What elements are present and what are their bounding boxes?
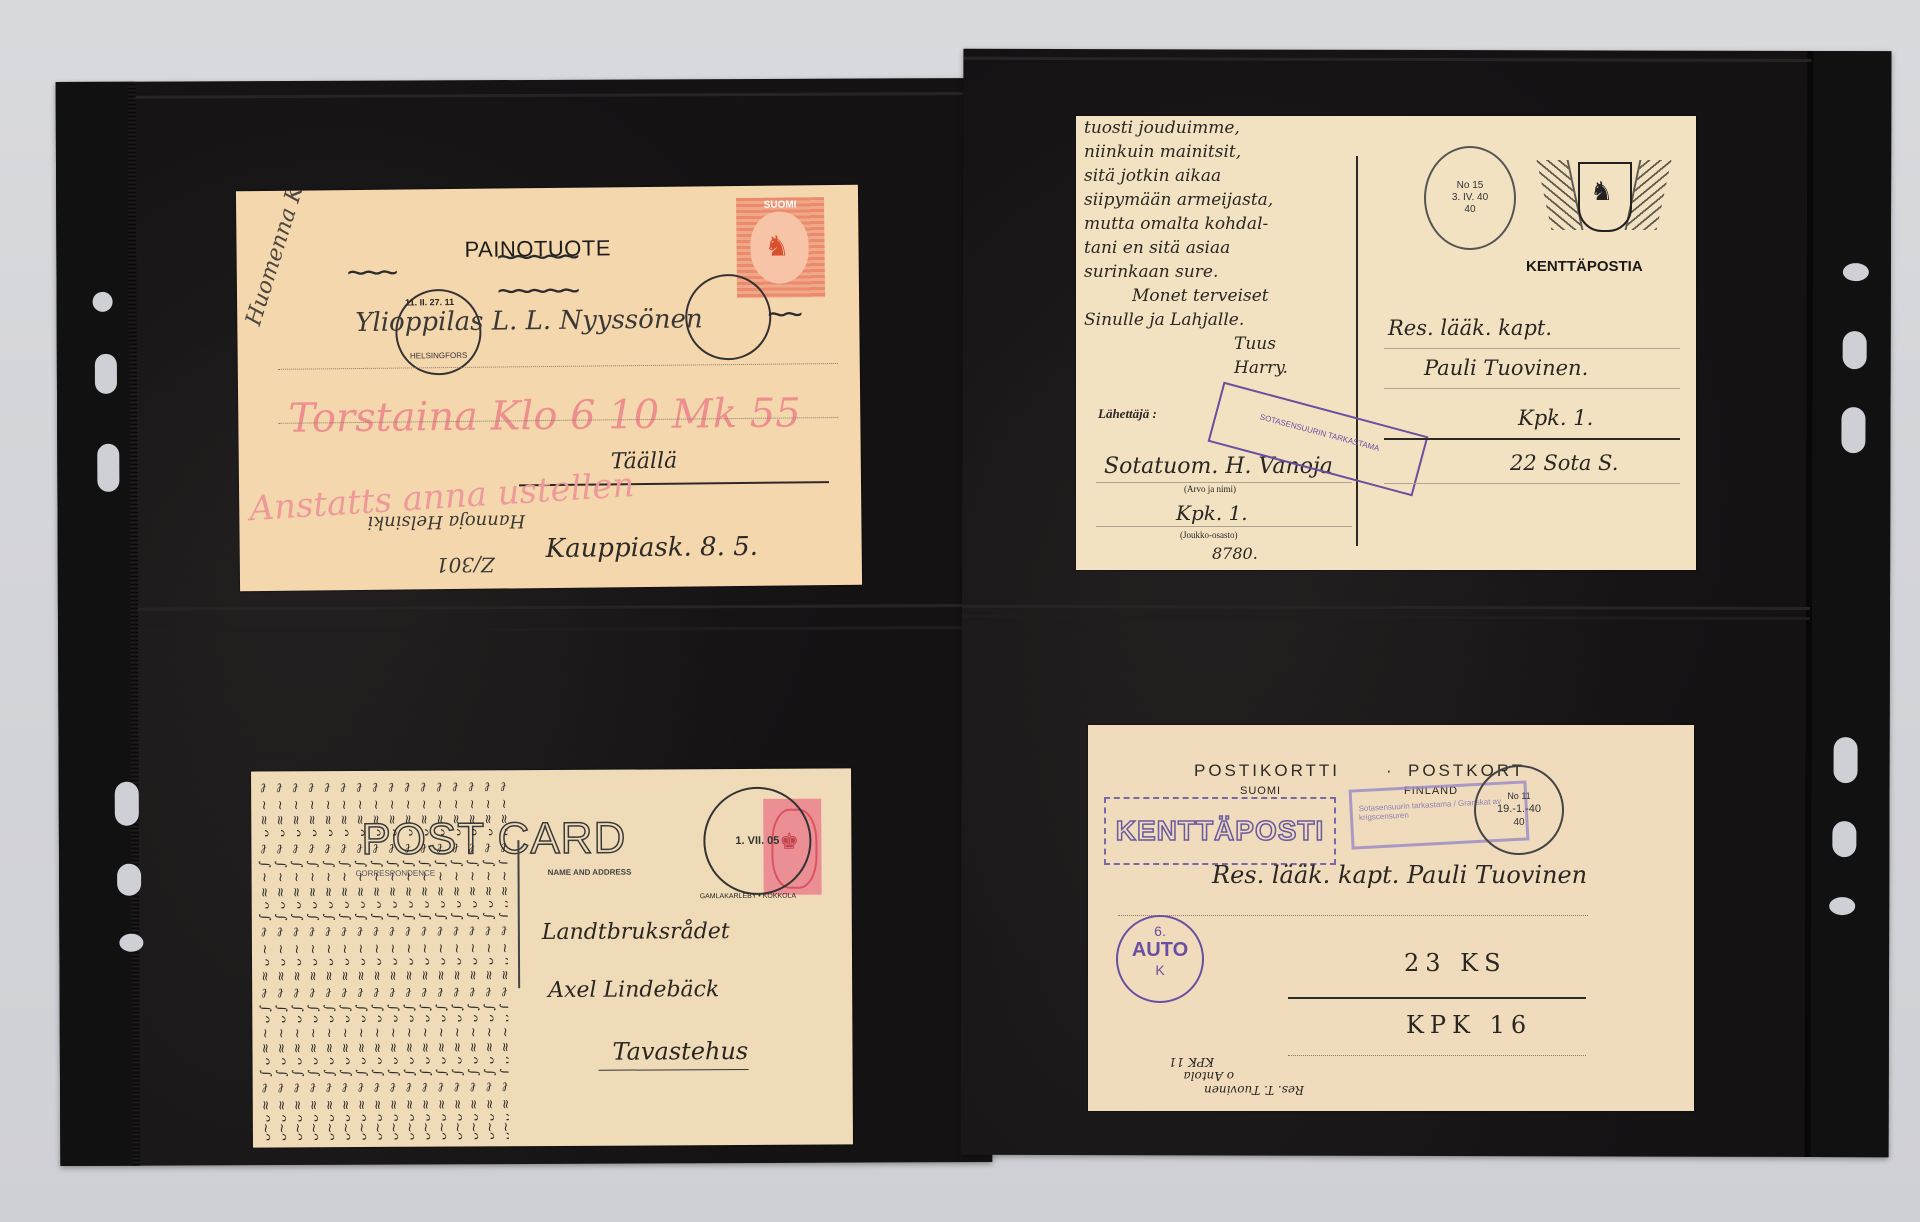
message-line: tuosti jouduimme, bbox=[1084, 118, 1240, 138]
correspondence-line: ᴗ~ᴗ ≈ ℓ ∫ ᴗ ≈ ~ ᴗ ∫ ℓ ≈ ᴗ ~ ℓ ∫ ᴗ ≈ ~ ∫ … bbox=[369, 781, 385, 1141]
separator: · bbox=[1386, 761, 1392, 781]
correspondence-line: ᴗ~ᴗ ≈ ℓ ∫ ᴗ ≈ ~ ᴗ ∫ ℓ ≈ ᴗ ~ ℓ ∫ ᴗ ≈ ~ ∫ … bbox=[321, 781, 337, 1141]
correspondence-line: ᴗ~ᴗ ≈ ℓ ∫ ᴗ ≈ ~ ᴗ ∫ ℓ ≈ ᴗ ~ ℓ ∫ ᴗ ≈ ~ ∫ … bbox=[465, 780, 481, 1140]
binder-hole bbox=[95, 354, 117, 394]
message-line: surinkaan sure. bbox=[1084, 262, 1218, 282]
address-line bbox=[1384, 348, 1680, 349]
message-line: mutta omalta kohdal- bbox=[1084, 214, 1268, 234]
rank-label: (Arvo ja nimi) bbox=[1184, 484, 1236, 494]
binder-hole bbox=[1841, 407, 1865, 453]
pocket-top-edge bbox=[136, 92, 976, 99]
divider-line bbox=[1356, 156, 1358, 546]
binder-hole bbox=[117, 864, 141, 896]
binder-hole bbox=[1829, 897, 1855, 915]
recipient-name: Res. lääk. kapt. Pauli Tuovinen bbox=[1212, 861, 1587, 889]
country-fi: SUOMI bbox=[1240, 785, 1281, 797]
correspondence-line: ᴗ~ᴗ ≈ ℓ ∫ ᴗ ≈ ~ ᴗ ∫ ℓ ≈ ᴗ ~ ℓ ∫ ᴗ ≈ ~ ∫ … bbox=[273, 781, 289, 1141]
binder-hole bbox=[1832, 821, 1856, 857]
pocket-divider bbox=[962, 605, 1810, 610]
unit-label: (Joukko-osasto) bbox=[1180, 530, 1238, 540]
coat-of-arms-with-flags-icon: ♞ bbox=[1544, 156, 1664, 246]
correspondence-line: ᴗ~ᴗ ≈ ℓ ∫ ᴗ ≈ ~ ᴗ ∫ ℓ ≈ ᴗ ~ ℓ ∫ ᴗ ≈ ~ ∫ … bbox=[481, 780, 497, 1140]
message-line: sitä jotkin aikaa bbox=[1084, 166, 1221, 186]
recipient-city: Tavastehus bbox=[612, 1037, 748, 1066]
correspondence-line: ᴗ~ᴗ ≈ ℓ ∫ ᴗ ≈ ~ ᴗ ∫ ℓ ≈ ᴗ ~ ℓ ∫ ᴗ ≈ ~ ∫ … bbox=[337, 781, 353, 1141]
binding-strip bbox=[56, 82, 139, 1166]
printed-title: KENTTÄPOSTIA bbox=[1526, 258, 1643, 275]
pocket-divider bbox=[138, 626, 978, 633]
message-line: Tuus bbox=[1234, 334, 1276, 354]
address-line bbox=[1118, 915, 1588, 916]
auto-circle-cachet: 6. AUTO K bbox=[1116, 915, 1204, 1003]
postmark-place: GAMLAKARLEBY • KOKKOLA bbox=[700, 893, 797, 901]
binding-strip bbox=[1809, 51, 1892, 1157]
margin-note: Huomenna Klo 6 ... bbox=[241, 185, 329, 329]
sender-number: 8780. bbox=[1212, 544, 1258, 563]
street-address: Kauppiask. 8. 5. bbox=[546, 532, 759, 564]
kenttaposti-cachet: KENTTÄPOSTI bbox=[1104, 797, 1336, 865]
postmark: 1. VII. 05 bbox=[703, 787, 812, 896]
pocket-divider bbox=[138, 604, 978, 611]
pocket-top-edge bbox=[963, 57, 1811, 62]
postcard-painotuote: PAINOTUOTE SUOMI ♞ HELSINGFORS 11. II. 2… bbox=[236, 185, 862, 591]
binder-hole bbox=[115, 782, 139, 826]
postcard-kenttapostia: tuosti jouduimme,niinkuin mainitsit,sitä… bbox=[1076, 116, 1696, 570]
address-line bbox=[278, 363, 838, 370]
recipient-post-office: KPK 16 bbox=[1406, 1011, 1532, 1039]
printed-title-fi: POSTIKORTTI bbox=[1194, 761, 1340, 781]
binder-hole bbox=[97, 444, 119, 492]
address-line bbox=[1384, 388, 1680, 389]
message-line: Harry. bbox=[1234, 358, 1288, 378]
sender-unit: Kpk. 1. bbox=[1176, 501, 1248, 525]
pocket-divider bbox=[962, 615, 1810, 620]
correspondence-text: ᴗ~ᴗ ≈ ℓ ∫ ᴗ ≈ ~ ᴗ ∫ ℓ ≈ ᴗ ~ ℓ ∫ ᴗ ≈ ~ ∫ … bbox=[257, 780, 509, 1141]
red-crayon-note: Torstaina Klo 6 10 Mk 55 bbox=[288, 390, 801, 441]
sender-line bbox=[1096, 482, 1352, 483]
address-line bbox=[1288, 997, 1586, 999]
postcard-post-card: POST CARD CORRESPONDENCE NAME AND ADDRES… bbox=[251, 768, 853, 1147]
recipient-line: Kpk. 1. bbox=[1518, 406, 1593, 430]
message-line: tani en sitä asiaa bbox=[1084, 238, 1230, 258]
recipient-line: Pauli Tuovinen. bbox=[1424, 356, 1588, 380]
field-post-postmark: No 15 3. IV. 40 40 bbox=[1424, 146, 1516, 250]
stamp-country: SUOMI bbox=[736, 199, 824, 211]
binder-hole bbox=[1834, 737, 1858, 783]
address-line bbox=[1288, 1055, 1586, 1056]
recipient-line: 22 Sota S. bbox=[1510, 451, 1618, 475]
correspondence-line: ᴗ~ᴗ ≈ ℓ ∫ ᴗ ≈ ~ ᴗ ∫ ℓ ≈ ᴗ ~ ℓ ∫ ᴗ ≈ ~ ∫ … bbox=[385, 781, 401, 1141]
recipient-unit: 23 KS bbox=[1404, 949, 1507, 977]
sender-label: Lähettäjä : bbox=[1098, 406, 1157, 422]
recipient-title: Landtbruksrådet bbox=[542, 919, 730, 945]
cancel-wave: ~~ bbox=[767, 295, 799, 334]
reference-number: Z/301 bbox=[436, 553, 495, 578]
correspondence-line: ᴗ~ᴗ ≈ ℓ ∫ ᴗ ≈ ~ ᴗ ∫ ℓ ≈ ᴗ ~ ℓ ∫ ᴗ ≈ ~ ∫ … bbox=[497, 780, 509, 1140]
address-line bbox=[1384, 483, 1680, 484]
correspondence-line: ᴗ~ᴗ ≈ ℓ ∫ ᴗ ≈ ~ ᴗ ∫ ℓ ≈ ᴗ ~ ℓ ∫ ᴗ ≈ ~ ∫ … bbox=[417, 781, 433, 1141]
message-line: siipymään armeijasta, bbox=[1084, 190, 1273, 210]
message-line: Monet terveiset bbox=[1132, 286, 1269, 306]
address-line bbox=[1384, 438, 1680, 440]
sender-line bbox=[1096, 526, 1352, 527]
message-line: Sinulle ja Lahjalle. bbox=[1084, 310, 1244, 330]
binder-hole bbox=[93, 292, 113, 312]
correspondence-line: ᴗ~ᴗ ≈ ℓ ∫ ᴗ ≈ ~ ᴗ ∫ ℓ ≈ ᴗ ~ ℓ ∫ ᴗ ≈ ~ ∫ … bbox=[289, 781, 305, 1141]
recipient-name: Ylioppilas L. L. Nyyssönen bbox=[355, 304, 703, 338]
underline bbox=[599, 1069, 749, 1071]
address-label: NAME AND ADDRESS bbox=[548, 868, 632, 877]
field-post-postmark: No 11 19.-1.-40 40 bbox=[1474, 765, 1564, 855]
binder-hole bbox=[1843, 331, 1867, 369]
postmark-date: 11. II. 27. 11 bbox=[405, 297, 454, 308]
correspondence-line: ᴗ~ᴗ ≈ ℓ ∫ ᴗ ≈ ~ ᴗ ∫ ℓ ≈ ᴗ ~ ℓ ∫ ᴗ ≈ ~ ∫ … bbox=[449, 780, 465, 1140]
cancel-wave: ~~~ bbox=[347, 254, 395, 293]
recipient-line: Res. lääk. kapt. bbox=[1388, 316, 1552, 340]
recipient-name: Axel Lindebäck bbox=[548, 977, 719, 1003]
message-line: niinkuin mainitsit, bbox=[1084, 142, 1241, 162]
correspondence-line: ᴗ~ᴗ ≈ ℓ ∫ ᴗ ≈ ~ ᴗ ∫ ℓ ≈ ᴗ ~ ℓ ∫ ᴗ ≈ ~ ∫ … bbox=[305, 781, 321, 1141]
postcard-postikortti: POSTIKORTTI · POSTKORT SUOMI FINLAND KEN… bbox=[1088, 725, 1694, 1111]
correspondence-line: ᴗ~ᴗ ≈ ℓ ∫ ᴗ ≈ ~ ᴗ ∫ ℓ ≈ ᴗ ~ ℓ ∫ ᴗ ≈ ~ ∫ … bbox=[257, 781, 273, 1141]
upside-down-note: Res. T. Tuovinen o Antola KPK 11 bbox=[1104, 1055, 1304, 1097]
correspondence-line: ᴗ~ᴗ ≈ ℓ ∫ ᴗ ≈ ~ ᴗ ∫ ℓ ≈ ᴗ ~ ℓ ∫ ᴗ ≈ ~ ∫ … bbox=[401, 781, 417, 1141]
upside-down-signature: Hannoja Helsinki bbox=[367, 510, 525, 533]
correspondence-line: ᴗ~ᴗ ≈ ℓ ∫ ᴗ ≈ ~ ᴗ ∫ ℓ ≈ ᴗ ~ ℓ ∫ ᴗ ≈ ~ ∫ … bbox=[433, 781, 449, 1141]
lion-emblem-icon: ♞ bbox=[764, 229, 789, 262]
correspondence-line: ᴗ~ᴗ ≈ ℓ ∫ ᴗ ≈ ~ ᴗ ∫ ℓ ≈ ᴗ ~ ℓ ∫ ᴗ ≈ ~ ∫ … bbox=[353, 781, 369, 1141]
binder-hole bbox=[119, 934, 143, 952]
binder-hole bbox=[1843, 263, 1869, 281]
